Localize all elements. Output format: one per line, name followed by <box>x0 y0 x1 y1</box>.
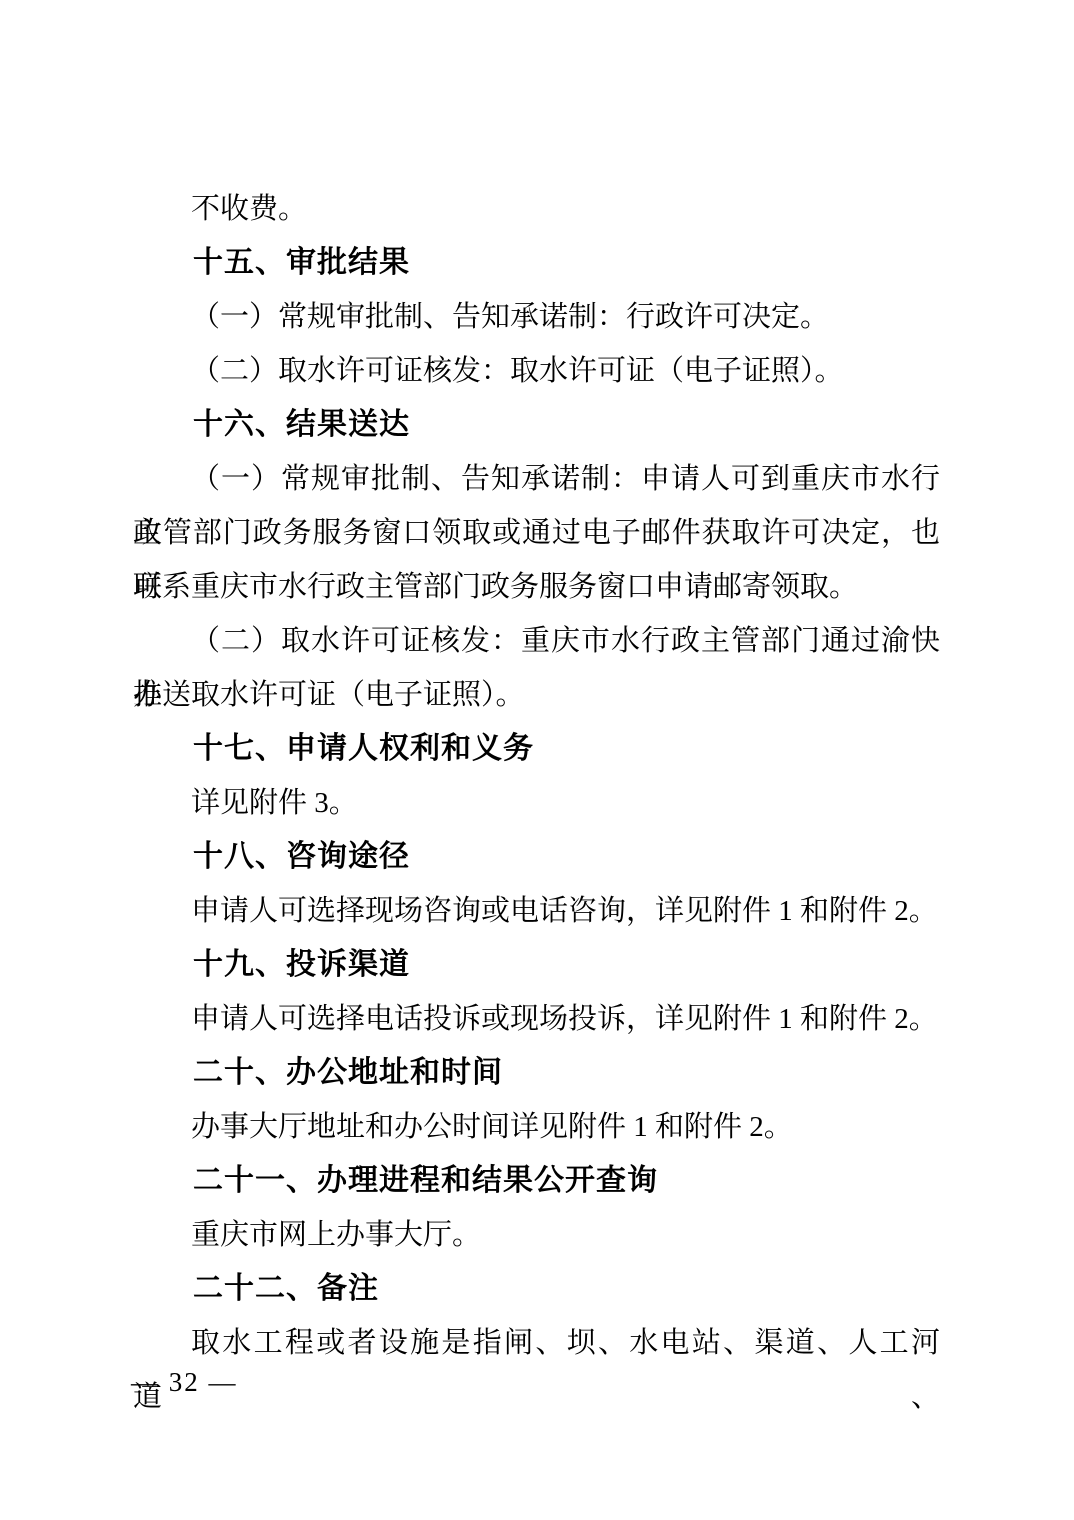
section-heading: 二十二、备注 <box>133 1262 940 1316</box>
paragraph-line: （二）取水许可证核发：取水许可证（电子证照）。 <box>133 344 940 398</box>
document-page: 不收费。十五、审批结果（一）常规审批制、告知承诺制：行政许可决定。（二）取水许可… <box>0 0 1074 1520</box>
section-heading: 十七、申请人权利和义务 <box>133 722 940 776</box>
paragraph-line: 不收费。 <box>133 182 940 236</box>
paragraph-line: 取水工程或者设施是指闸、坝、水电站、渠道、人工河道、 <box>133 1316 940 1370</box>
paragraph-line: （一）常规审批制、告知承诺制：行政许可决定。 <box>133 290 940 344</box>
paragraph-line: （一）常规审批制、告知承诺制：申请人可到重庆市水行政 <box>133 452 940 506</box>
page-number: — 32 — <box>131 1367 238 1397</box>
section-heading: 十九、投诉渠道 <box>133 938 940 992</box>
section-heading: 十八、咨询途径 <box>133 830 940 884</box>
section-heading: 十六、结果送达 <box>133 398 940 452</box>
document-body: 不收费。十五、审批结果（一）常规审批制、告知承诺制：行政许可决定。（二）取水许可… <box>133 182 940 1370</box>
paragraph-line: 详见附件 3。 <box>133 776 940 830</box>
paragraph-line: 重庆市网上办事大厅。 <box>133 1208 940 1262</box>
section-heading: 二十、办公地址和时间 <box>133 1046 940 1100</box>
paragraph-line: 申请人可选择电话投诉或现场投诉，详见附件 1 和附件 2。 <box>133 992 940 1046</box>
paragraph-line: 办事大厅地址和办公时间详见附件 1 和附件 2。 <box>133 1100 940 1154</box>
paragraph-line: 推送取水许可证（电子证照）。 <box>133 668 940 722</box>
paragraph-line: 主管部门政务服务窗口领取或通过电子邮件获取许可决定，也可 <box>133 506 940 560</box>
paragraph-line: 申请人可选择现场咨询或电话咨询，详见附件 1 和附件 2。 <box>133 884 940 938</box>
paragraph-line: （二）取水许可证核发：重庆市水行政主管部门通过渝快办 <box>133 614 940 668</box>
paragraph-line: 联系重庆市水行政主管部门政务服务窗口申请邮寄领取。 <box>133 560 940 614</box>
section-heading: 二十一、办理进程和结果公开查询 <box>133 1154 940 1208</box>
section-heading: 十五、审批结果 <box>133 236 940 290</box>
